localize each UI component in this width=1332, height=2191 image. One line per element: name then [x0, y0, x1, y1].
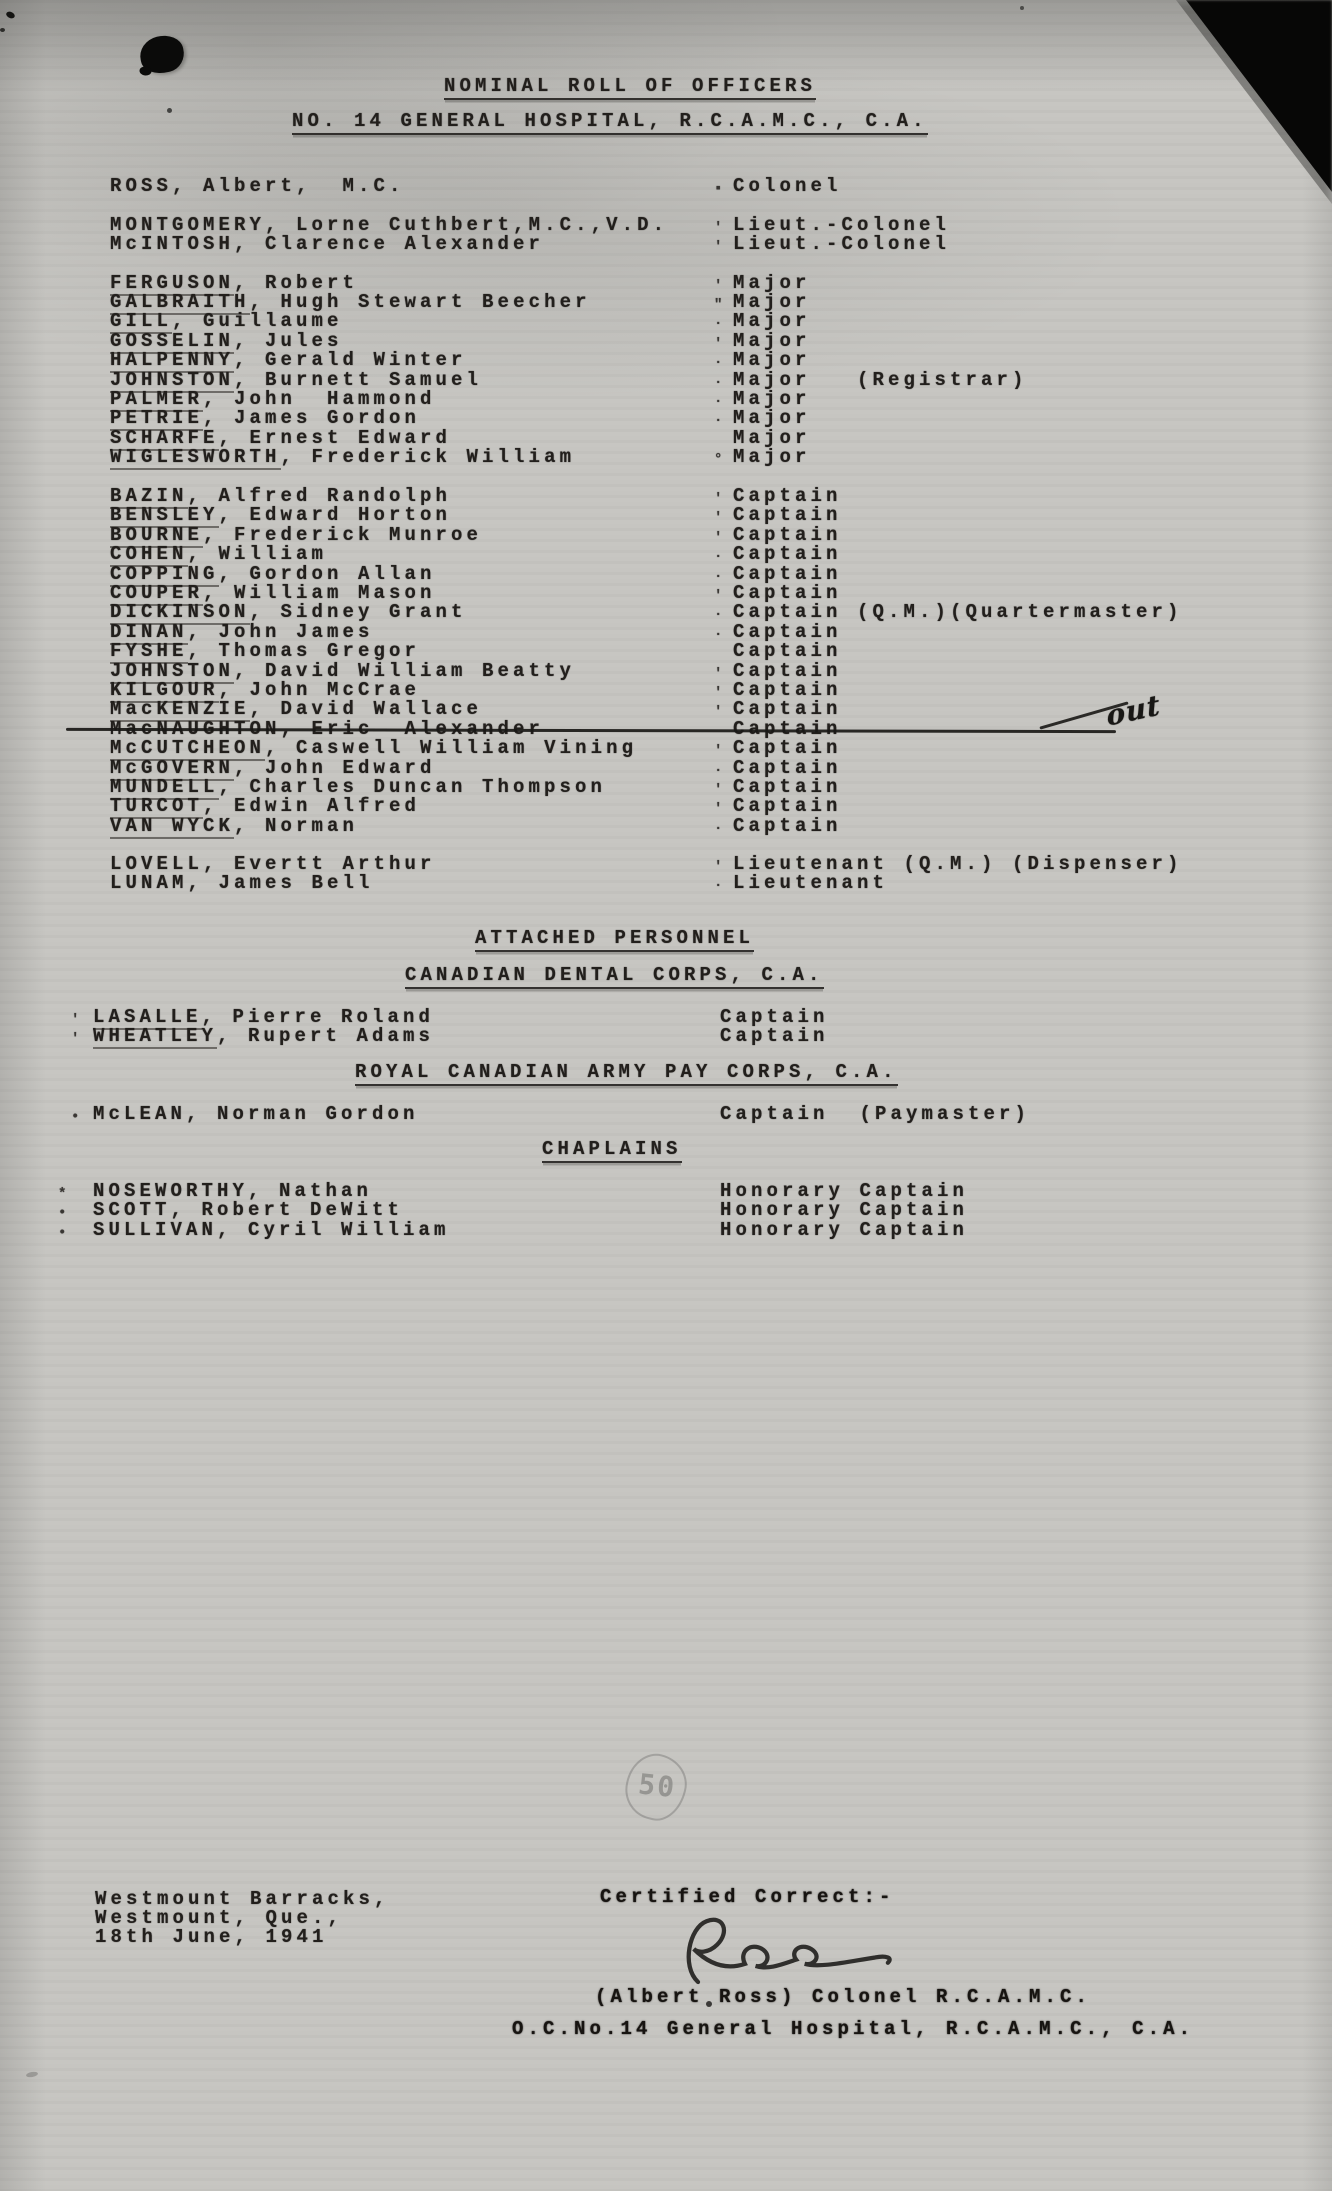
signed-unit-line: O.C.No.14 General Hospital, R.C.A.M.C., … [512, 2020, 1194, 2039]
given-name-text: , Frederick William [281, 446, 576, 468]
officer-name: WHEATLEY, Rupert Adams [93, 1027, 434, 1046]
signed-name-line: (Albert Ross) Colonel R.C.A.M.C. [595, 1988, 1091, 2007]
roll-row: McINTOSH, Clarence Alexander'Lieut.-Colo… [0, 235, 1332, 254]
document-title: NOMINAL ROLL OF OFFICERS [444, 77, 816, 100]
rank-text: Captain (Q.M.)(Quartermaster) [733, 603, 1183, 622]
surname-text: McINTOSH [110, 233, 234, 255]
paper-speck [0, 28, 5, 32]
rank-text: Major [733, 351, 811, 370]
officer-name: McINTOSH, Clarence Alexander [110, 235, 544, 254]
paper-speck [26, 2071, 39, 2078]
paper-speck [5, 10, 16, 19]
rank-text: Captain [733, 817, 842, 836]
rank-text: Lieutenant [733, 874, 888, 893]
surname-text: WIGLESWORTH [110, 446, 281, 470]
pencil-note-text: 50 [637, 1767, 678, 1804]
surname-text: LUNAM [110, 872, 188, 894]
surname-text: McLEAN [93, 1103, 186, 1125]
rank-text: Captain [733, 642, 842, 661]
rank-text: Major (Registrar) [733, 371, 1028, 390]
given-name-text: , Cyril William [217, 1219, 450, 1241]
given-name-text: , Clarence Alexander [234, 233, 544, 255]
ink-blob [136, 31, 188, 78]
rank-text: Lieut.-Colonel [733, 216, 950, 235]
officer-name: SULLIVAN, Cyril William [93, 1221, 450, 1240]
rank-text: Major [733, 409, 811, 428]
roll-row: WIGLESWORTH, Frederick William°Major [0, 448, 1332, 467]
paper-speck [167, 108, 172, 113]
rank-text: Major [733, 312, 811, 331]
officer-name: McLEAN, Norman Gordon [93, 1105, 419, 1124]
rank-text: Colonel [733, 177, 842, 196]
roll-row: FERGUSON, Robert'Major [0, 274, 1332, 293]
roll-row: JOHNSTON, Burnett Samuel·Major (Registra… [0, 371, 1332, 390]
roll-row: VAN WYCK, Norman·Captain [0, 817, 1332, 836]
rank-check-mark: ▪ [714, 180, 722, 199]
signature-ross [664, 1902, 924, 1998]
roll-row: ROSS, Albert, M.C.▪Colonel [0, 177, 1332, 196]
rank-text: Captain [733, 739, 842, 758]
rank-text: Captain [720, 1027, 829, 1046]
margin-check-mark: • [58, 1224, 66, 1243]
roll-row: BENSLEY, Edward Horton'Captain [0, 506, 1332, 525]
roll-row: HALPENNY, Gerald Winter·Major [0, 351, 1332, 370]
roll-row: 'WHEATLEY, Rupert AdamsCaptain [0, 1027, 1332, 1046]
rank-check-mark: ' [714, 238, 722, 257]
roll-row: McCUTCHEON, Caswell William Vining'Capta… [0, 739, 1332, 758]
rank-text: Captain (Paymaster) [720, 1105, 1030, 1124]
given-name-text: , James Bell [188, 872, 374, 894]
rank-text: Captain [733, 545, 842, 564]
roll-row: PETRIE, James Gordon·Major [0, 409, 1332, 428]
rank-text: Lieut.-Colonel [733, 235, 950, 254]
officer-name: VAN WYCK, Norman [110, 817, 358, 836]
roll-row: •SULLIVAN, Cyril WilliamHonorary Captain [0, 1221, 1332, 1240]
rank-check-mark: · [714, 877, 722, 896]
rank-check-mark: ° [714, 451, 722, 470]
paper-speck [1020, 6, 1024, 10]
pay-corps-heading: ROYAL CANADIAN ARMY PAY CORPS, C.A. [355, 1063, 898, 1086]
given-name-text: , Norman Gordon [186, 1103, 419, 1125]
roll-row: COHEN, William·Captain [0, 545, 1332, 564]
rank-text: Honorary Captain [720, 1201, 968, 1220]
margin-check-mark: ' [71, 1030, 79, 1049]
officer-name: LUNAM, James Bell [110, 874, 374, 893]
roll-row: TURCOT, Edwin Alfred'Captain [0, 797, 1332, 816]
margin-check-mark: • [71, 1108, 79, 1127]
roll-row: •McLEAN, Norman GordonCaptain (Paymaster… [0, 1105, 1332, 1124]
dental-corps-heading: CANADIAN DENTAL CORPS, C.A. [405, 966, 824, 989]
officer-name: ROSS, Albert, M.C. [110, 177, 405, 196]
surname-text: VAN WYCK [110, 815, 234, 839]
roll-row: LUNAM, James Bell·Lieutenant [0, 874, 1332, 893]
surname-text: SULLIVAN [93, 1219, 217, 1241]
given-name-text: , Albert, M.C. [172, 175, 405, 197]
date-line: 18th June, 1941 [95, 1928, 328, 1947]
chaplains-heading: CHAPLAINS [542, 1140, 682, 1163]
rank-text: Captain [733, 506, 842, 525]
given-name-text: , Norman [234, 815, 358, 837]
rank-text: Captain [733, 797, 842, 816]
rank-text: Honorary Captain [720, 1221, 968, 1240]
officer-name: WIGLESWORTH, Frederick William [110, 448, 575, 467]
rank-text: Captain [733, 700, 842, 719]
surname-text: WHEATLEY [93, 1025, 217, 1049]
roll-row: FYSHE, Thomas GregorCaptain [0, 642, 1332, 661]
document-subtitle: NO. 14 GENERAL HOSPITAL, R.C.A.M.C., C.A… [292, 112, 928, 135]
pencil-circle-annotation: 50 [619, 1748, 693, 1827]
rank-text: Major [733, 274, 811, 293]
scanned-document-page: NOMINAL ROLL OF OFFICERS NO. 14 GENERAL … [0, 0, 1332, 2191]
attached-personnel-heading: ATTACHED PERSONNEL [475, 929, 754, 952]
given-name-text: , Rupert Adams [217, 1025, 434, 1047]
roll-row: GILL, Guillaume·Major [0, 312, 1332, 331]
rank-check-mark: · [714, 820, 722, 839]
rank-text: Major [733, 448, 811, 467]
surname-text: ROSS [110, 175, 172, 197]
